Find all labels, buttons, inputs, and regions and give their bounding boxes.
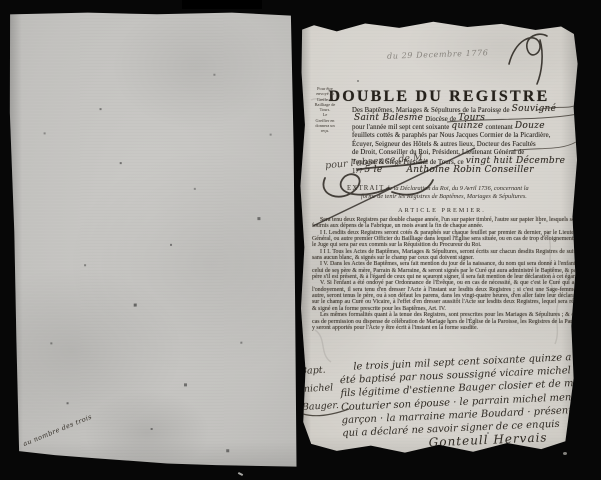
preamble-line: pour l'année mil sept cent soixantequinz…	[352, 123, 582, 132]
left-page-corner-note: au nombre des trois	[22, 413, 93, 448]
margin-word: michel	[301, 379, 339, 399]
extrait-label: EXTRAIT	[347, 185, 384, 192]
preamble-line: feuillets cottés & paraphés par Nous Jac…	[352, 132, 582, 141]
handwritten-year: quinze	[451, 121, 483, 131]
extrait-line: EXTRAIT de la Déclaration du Roi, du 9 A…	[347, 185, 567, 193]
paper-specks	[7, 12, 9, 14]
handwritten-officer-name: Anthoine Robin Conseiller	[407, 165, 534, 175]
dust-speck	[238, 472, 243, 476]
margin-note-line: reçu.	[303, 128, 347, 133]
preamble-line: 1775 leAnthoine Robin Conseiller	[352, 167, 582, 176]
left-page: au nombre des trois	[7, 11, 297, 469]
margin-word: Bapt.	[300, 361, 338, 381]
extrait-line: forme de tenir les Registres de Baptêmes…	[347, 193, 567, 201]
paper-specks	[297, 20, 299, 22]
paraphe-signature-icon	[509, 34, 547, 84]
dust-speck	[563, 452, 567, 455]
article-premier-heading: ARTICLE PREMIER.	[312, 207, 572, 214]
preamble-line: Écuyer, Seigneur des Hôtels & autres lie…	[352, 141, 582, 150]
right-page: du 29 Decembre 1776 DOUBLE DU REGISTRE P…	[297, 20, 581, 457]
extrait-heading: EXTRAIT de la Déclaration du Roi, du 9 A…	[347, 185, 567, 200]
article-paragraph: Les mêmes formalités quant à la tenue de…	[312, 312, 584, 331]
royal-declaration-articles: Sera tenu deux Registres par double chaq…	[312, 217, 584, 331]
handwritten-folio-count: Douze	[515, 121, 545, 131]
article-paragraph: I V. Dans les Actes de Baptêmes, sera fa…	[312, 261, 584, 280]
scanner-mask	[182, 0, 262, 9]
handwritten-baptism-entry: le trois juin mil sept cent soixante qui…	[339, 351, 583, 454]
top-handwritten-annotation: du 29 Decembre 1776	[387, 48, 489, 61]
article-paragraph: I I I. Tous les Actes de Baptêmes, Maria…	[312, 249, 584, 262]
handwritten-parish-name: Souvigné	[512, 104, 557, 114]
article-paragraph: V. Si l'enfant a été ondoyé par Ordonnan…	[312, 280, 584, 312]
handwritten-parish-name2: Saint Balesme	[354, 113, 423, 123]
article-paragraph: I I. Lesdits deux Registres seront cotés…	[312, 230, 584, 249]
margin-word: Bauger.	[301, 397, 339, 417]
printed-margin-note: Pour être envoyé au Greffe du Bailliage …	[303, 86, 347, 134]
archival-register-scan: au nombre des trois du 29 Decembre 1776 …	[0, 0, 601, 480]
article-paragraph: Sera tenu deux Registres par double chaq…	[312, 217, 584, 230]
baptism-entry-margin: Bapt. michel Bauger.	[300, 361, 340, 417]
